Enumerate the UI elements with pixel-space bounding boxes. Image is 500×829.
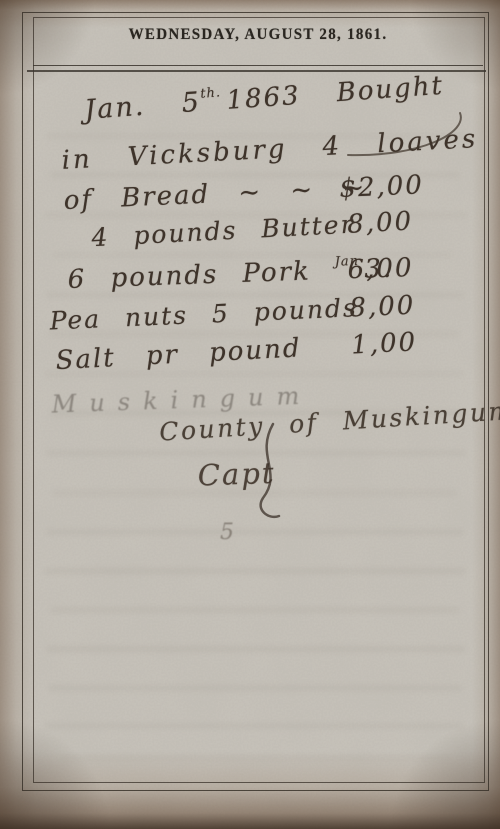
entry-line-text: 5 <box>220 520 236 545</box>
printed-date-header: WEDNESDAY, AUGUST 28, 1861. <box>33 26 483 44</box>
entry-line-amount: 1,00 <box>350 327 417 360</box>
entry-line-text: Jan. 5 <box>83 87 202 126</box>
entry-line-text: Capt <box>197 456 276 493</box>
entry-line-amount: 8,00 <box>349 291 416 324</box>
entry-line-amount: 8,00 <box>346 206 413 239</box>
header-rule-top <box>33 65 483 66</box>
entry-line-amount: 6,00 <box>347 253 414 285</box>
entry-line-amount: $2,00 <box>339 170 425 204</box>
diary-page-scan: WEDNESDAY, AUGUST 28, 1861. Jan. 5th.186… <box>0 0 500 829</box>
entry-line-faint: 5 <box>40 520 488 562</box>
entry-line-superscript: th. <box>200 85 222 101</box>
